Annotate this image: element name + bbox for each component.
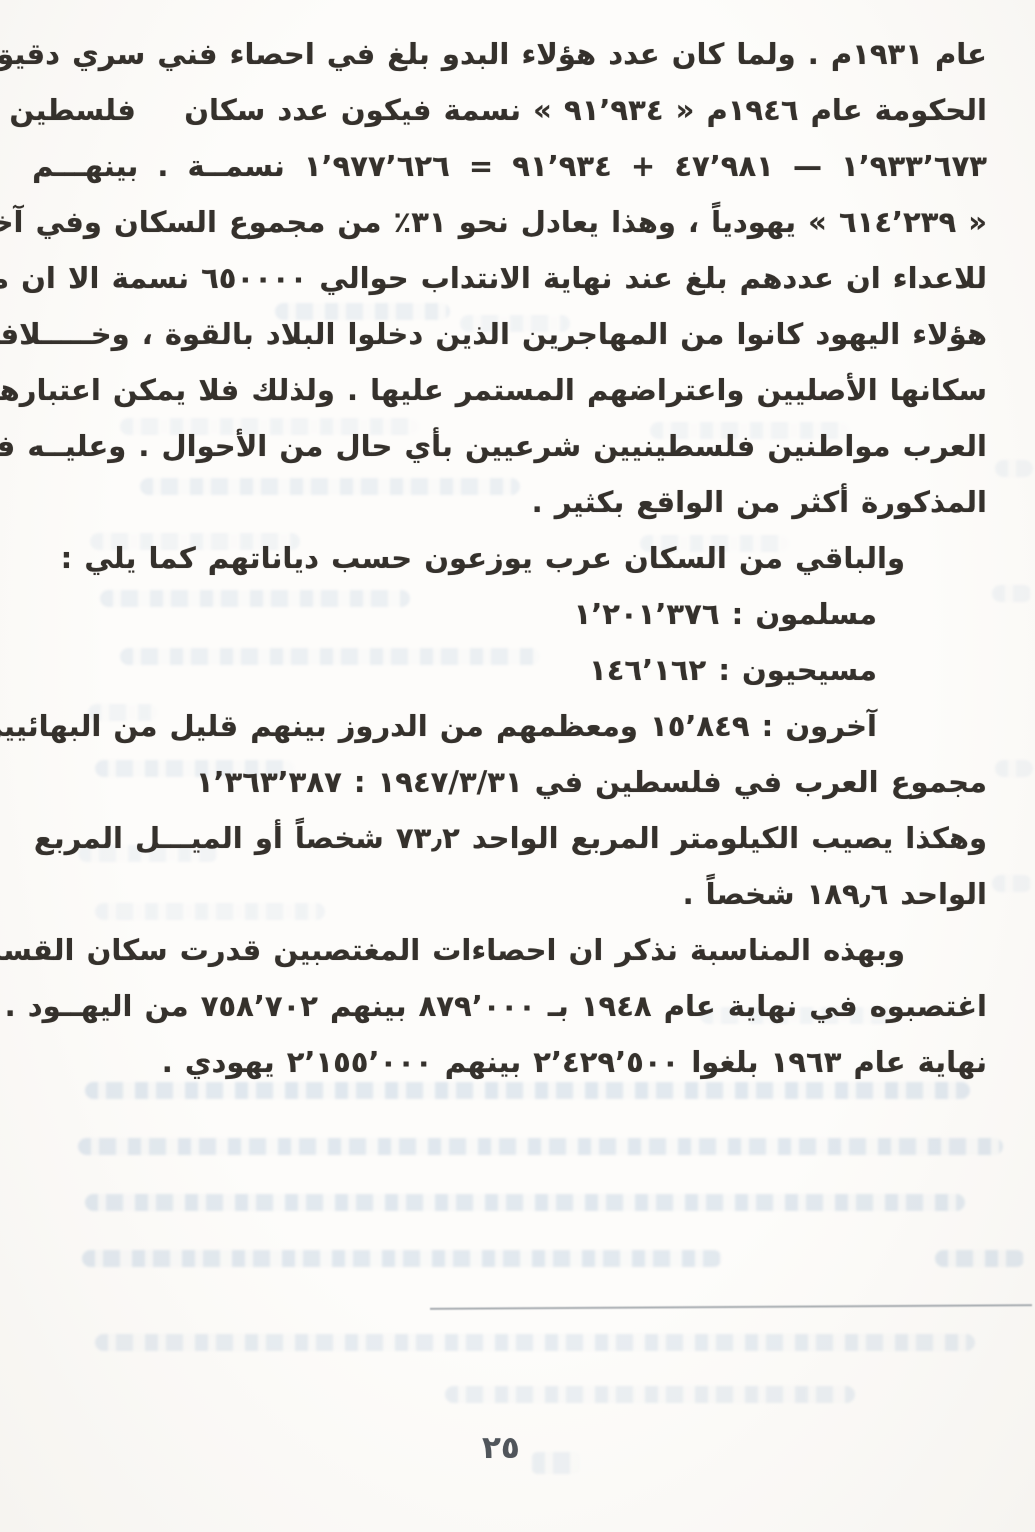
scanned-book-page: { "document": { "language": "Arabic", "p… — [0, 0, 1035, 1532]
text-line: المذكورة أكثر من الواقع بكثير . — [68, 474, 987, 530]
text-line: الواحد ١٨٩٫٦ شخصاً . — [68, 866, 987, 922]
text-block: عام ١٩٣١م . ولما كان عدد هؤلاء البدو بلغ… — [68, 26, 987, 1090]
text-line: نهاية عام ١٩٦٣ بلغوا ٢٬٤٢٩٬٥٠٠ بينهم ٢٬١… — [68, 1034, 987, 1090]
text-line: ١٬٩٣٣٬٦٧٣ — ٤٧٬٩٨١ + ٩١٬٩٣٤ = ١٬٩٧٧٬٦٢٦ … — [68, 138, 987, 194]
bleed-through-line — [992, 585, 1032, 602]
text-line: وهكذا يصيب الكيلومتر المربع الواحد ٧٣٫٢ … — [68, 810, 987, 866]
text-line: والباقي من السكان عرب يوزعون حسب دياناته… — [68, 530, 905, 586]
bleed-through-line — [995, 760, 1033, 777]
text-line: اغتصبوه في نهاية عام ١٩٤٨ بـ ٨٧٩٬٠٠٠ بين… — [68, 978, 987, 1034]
bleed-through-line — [995, 460, 1033, 477]
text-line: « ٦١٤٬٢٣٩ » يهودياً ، وهذا يعادل نحو ٣١٪… — [68, 194, 987, 250]
bleed-through-page-number — [532, 1452, 580, 1474]
text-line: مسلمون : ١٬٢٠١٬٣٧٦ — [68, 586, 877, 642]
text-line: مسيحيون : ١٤٦٬١٦٢ — [68, 642, 877, 698]
text-line: عام ١٩٣١م . ولما كان عدد هؤلاء البدو بلغ… — [68, 26, 987, 82]
bleed-through-footnote — [445, 1386, 855, 1403]
bleed-through-line — [992, 875, 1032, 892]
text-line: سكانها الأصليين واعتراضهم المستمر عليها … — [68, 362, 987, 418]
text-line: مجموع العرب في فلسطين في ١٩٤٧/٣/٣١ : ١٬٣… — [68, 754, 987, 810]
bleed-through-line — [85, 1194, 965, 1211]
footnote-rule — [430, 1304, 1032, 1310]
text-line: وبهذه المناسبة نذكر ان احصاءات المغتصبين… — [68, 922, 905, 978]
bleed-through-line — [82, 1250, 722, 1267]
bleed-through-line — [78, 1138, 1003, 1155]
text-line: هؤلاء اليهود كانوا من المهاجرين الذين دخ… — [68, 306, 987, 362]
page-number: ٢٥ — [482, 1430, 520, 1466]
text-line: للاعداء ان عددهم بلغ عند نهاية الانتداب … — [68, 250, 987, 306]
bleed-through-line — [935, 1250, 1025, 1267]
text-line: العرب مواطنين فلسطينيين شرعيين بأي حال م… — [68, 418, 987, 474]
text-line: الحكومة عام ١٩٤٦م « ٩١٬٩٣٤ » نسمة فيكون … — [68, 82, 987, 138]
bleed-through-footnote — [95, 1334, 975, 1351]
text-line: آخرون : ١٥٬٨٤٩ ومعظمهم من الدروز بينهم ق… — [68, 698, 877, 754]
